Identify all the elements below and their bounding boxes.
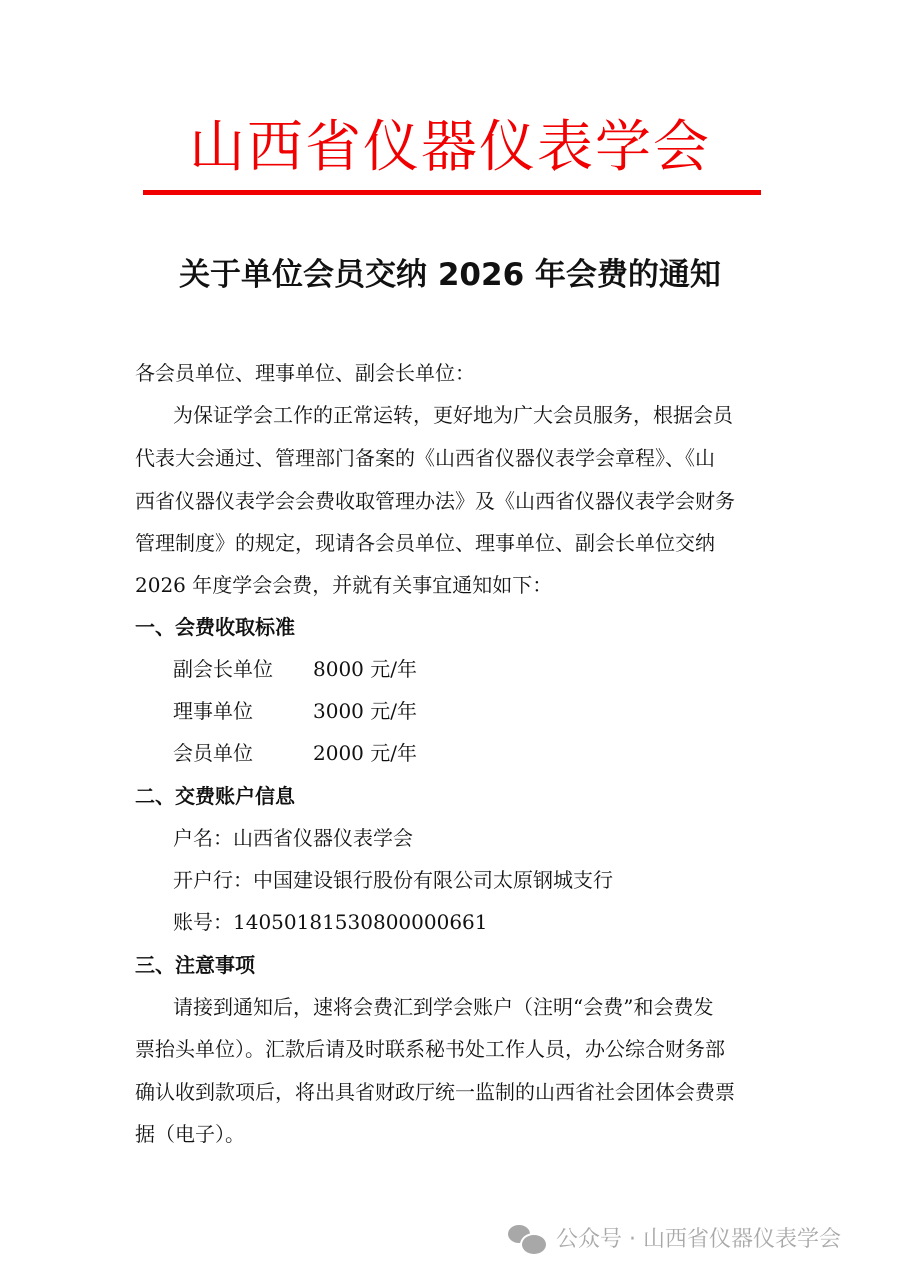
section-heading-notes: 三、注意事项 (135, 950, 255, 980)
fee-label: 理事单位 (173, 696, 313, 726)
intro-line: 管理制度》的规定，现请各会员单位、理事单位、副会长单位交纳 (135, 528, 715, 558)
footer-text: 公众号 · 山西省仪器仪表学会 (556, 1222, 841, 1253)
intro-line: 为保证学会工作的正常运转，更好地为广大会员服务，根据会员 (173, 400, 733, 430)
fee-label: 会员单位 (173, 738, 313, 768)
org-letterhead: 山西省仪器仪表学会 (0, 108, 900, 188)
account-number: 账号：14050181530800000661 (173, 907, 488, 937)
fee-row: 会员单位2000 元/年 (173, 738, 417, 768)
fee-amount: 8000 元/年 (313, 657, 417, 681)
fee-amount: 2000 元/年 (313, 741, 417, 765)
fee-row: 副会长单位8000 元/年 (173, 654, 417, 684)
note-line: 票抬头单位）。汇款后请及时联系秘书处工作人员，办公综合财务部 (135, 1034, 725, 1064)
note-line: 确认收到款项后，将出具省财政厅统一监制的山西省社会团体会费票 (135, 1077, 735, 1107)
account-name: 户名：山西省仪器仪表学会 (173, 823, 413, 853)
salutation: 各会员单位、理事单位、副会长单位： (135, 358, 475, 388)
note-line: 据（电子）。 (135, 1119, 245, 1149)
section-heading-fees: 一、会费收取标准 (135, 612, 295, 642)
intro-line: 2026 年度学会会费，并就有关事宜通知如下： (135, 570, 552, 600)
fee-amount: 3000 元/年 (313, 699, 417, 723)
intro-line: 代表大会通过、管理部门备案的《山西省仪器仪表学会章程》、《山 (135, 443, 715, 473)
intro-line: 西省仪器仪表学会会费收取管理办法》及《山西省仪器仪表学会财务 (135, 486, 735, 516)
fee-label: 副会长单位 (173, 654, 313, 684)
bank-name: 开户行：中国建设银行股份有限公司太原钢城支行 (173, 865, 613, 895)
notice-title: 关于单位会员交纳 2026 年会费的通知 (0, 250, 900, 300)
watermark-footer: 公众号 · 山西省仪器仪表学会 (508, 1222, 841, 1253)
wechat-icon (508, 1223, 548, 1253)
note-line: 请接到通知后，速将会费汇到学会账户（注明“会费”和会费发 (173, 992, 713, 1022)
fee-row: 理事单位3000 元/年 (173, 696, 417, 726)
letterhead-rule (143, 190, 761, 195)
section-heading-account: 二、交费账户信息 (135, 781, 295, 811)
